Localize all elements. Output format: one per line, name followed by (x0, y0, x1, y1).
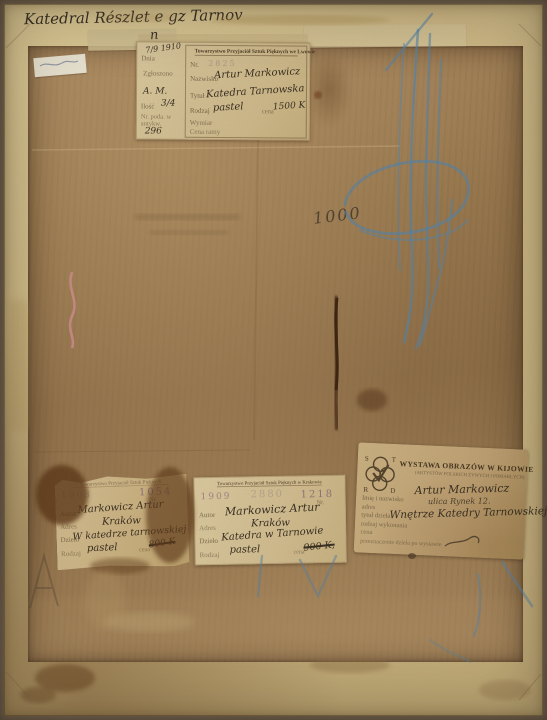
society-header: Towarzystwo Przyjaciół Sztuk Pięknych we… (195, 48, 298, 57)
dnia-value: 7/9 1910 (145, 41, 182, 55)
work-title: Katedra Tarnowska (206, 83, 305, 100)
field-wymiar: Wymiar (190, 119, 213, 127)
medium-value: pastel (213, 101, 244, 113)
quatrefoil-emblem: S T R D (362, 453, 398, 494)
field-rodzaj: Rodzaj (190, 107, 210, 115)
medium-value: pastel (229, 544, 260, 556)
artist-name: Artur Markowicz (214, 66, 301, 81)
initials-am: A. M. (143, 86, 167, 96)
city-value: Kraków (102, 515, 141, 527)
label-tpsp-1054: Towarzystwo Przyjaciół Sztuk Pięknych 19… (54, 474, 189, 571)
label-tpsp-lwow: Dnia 7/9 1910 Zgłoszono A. M. Ilość 3/4 … (136, 41, 311, 140)
field-cena-ramy: Cena ramy (190, 128, 221, 136)
label-kijow-exhibition: S T R D WYSTAWA OBRAZÓW W KIJOWIE (ARTYS… (354, 442, 529, 559)
lwow-form-box: Towarzystwo Przyjaciół Sztuk Pięknych we… (185, 45, 308, 139)
emblem-letter: D (390, 487, 395, 494)
field-dzielo: Dzieło (199, 537, 218, 545)
field-zgloszono: Zgłoszono (143, 69, 173, 77)
emblem-letter: R (363, 486, 368, 494)
field-adres: Adres (60, 523, 77, 532)
ilosc-value: 3/4 (161, 99, 176, 109)
year-stamp: 1903 (61, 490, 92, 501)
field-adres: Adres (199, 524, 216, 532)
field-tytul: Tytuł (190, 92, 205, 100)
address-value: ulica Rynek 12. (428, 497, 491, 507)
emblem-letter: T (392, 456, 397, 464)
field-nr: Nr. (190, 61, 199, 69)
painting-verso-photo: Katedral Részlet e gz Tarnov n 1000 Dnia… (0, 0, 547, 720)
field-cena: cena (262, 108, 274, 115)
center-stamp: 2880 (250, 489, 284, 501)
artist-name: Markowicz Artur (77, 499, 164, 516)
nr-stamp: 2825 (208, 59, 236, 68)
price-value-struck: 900 K, (303, 540, 335, 554)
artist-name: Markowicz Artur (225, 500, 320, 518)
brown-paper-remnant (306, 50, 352, 128)
price-value: 1500 K (273, 100, 306, 112)
side-number: 296 (145, 126, 162, 136)
work-title: Katedra w Tarnowie (221, 525, 324, 543)
field-ilosc: Ilość (141, 102, 155, 110)
society-header: Towarzystwo Przyjaciół Sztuk Pięknych w … (217, 479, 322, 487)
artist-name: Artur Markowicz (414, 482, 509, 497)
price-value-struck: 800 K (148, 537, 176, 551)
emblem-letter: S (365, 455, 369, 463)
field-autor: Autor (60, 510, 77, 519)
year-stamp: 1909 (201, 492, 232, 503)
field-rodzaj: Rodzaj (200, 551, 220, 559)
label-tpsp-1218: Towarzystwo Przyjaciół Sztuk Pięknych w … (193, 475, 347, 566)
nr-stamp: 1054 (139, 486, 173, 498)
nr-stamp: 1218 (300, 489, 334, 501)
field-autor: Autor (199, 511, 215, 519)
tape-strip (304, 24, 466, 47)
field-rodzaj: Rodzaj (61, 549, 81, 558)
medium-value: pastel (87, 542, 118, 554)
field-dnia: Dnia (141, 54, 155, 62)
